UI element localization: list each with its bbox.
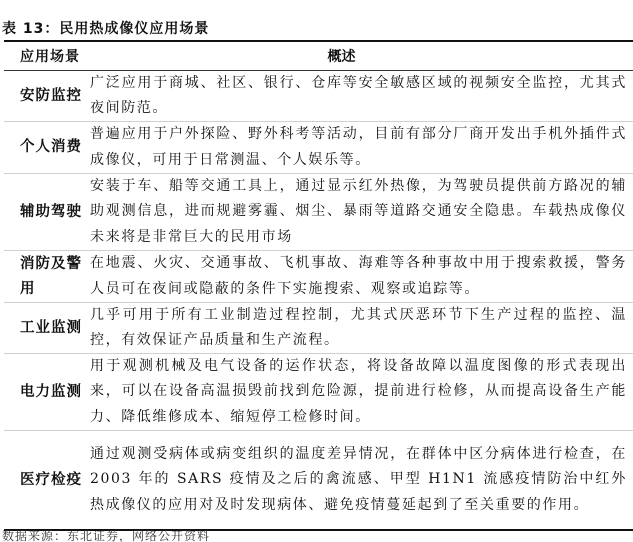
header-scene: 应用场景 (4, 46, 90, 66)
table-row: 安防监控 广泛应用于商城、社区、银行、仓库等安全敏感区域的视频安全监控，尤其式夜… (4, 71, 633, 122)
scene-cell: 个人消费 (4, 135, 90, 160)
description-cell: 普遍应用于户外探险、野外科考等活动，目前有部分厂商开发出手机外插件式成像仪，可用… (90, 122, 633, 173)
table-header: 应用场景 概述 (4, 42, 633, 71)
scene-cell: 医疗检疫 (4, 468, 90, 493)
source-note: 数据来源：东北证券，网络公开资料 (2, 527, 210, 542)
table-row: 个人消费 普遍应用于户外探险、野外科考等活动，目前有部分厂商开发出手机外插件式成… (4, 122, 633, 174)
table-row: 消防及警用 在地震、火灾、交通事故、飞机事故、海难等各种事故中用于搜索救援，警务… (4, 251, 633, 303)
header-description: 概述 (90, 46, 633, 66)
scene-cell: 电力监测 (4, 380, 90, 405)
table-row: 电力监测 用于观测机械及电气设备的运作状态，将设备故障以温度图像的形式表现出来，… (4, 354, 633, 431)
description-cell: 安装于车、船等交通工具上，通过显示红外热像，为驾驶员提供前方路况的辅助观测信息，… (90, 174, 633, 251)
description-cell: 用于观测机械及电气设备的运作状态，将设备故障以温度图像的形式表现出来，可以在设备… (90, 354, 633, 431)
scene-cell: 工业监测 (4, 316, 90, 341)
table-row: 医疗检疫 通过观测受病体或病变组织的温度差异情况，在群体中区分病体进行检查，在 … (4, 431, 633, 529)
description-cell: 在地震、火灾、交通事故、飞机事故、海难等各种事故中用于搜索救援，警务人员可在夜间… (90, 251, 633, 302)
description-cell: 通过观测受病体或病变组织的温度差异情况，在群体中区分病体进行检查，在 2003 … (90, 442, 633, 519)
table-caption: 表 13：民用热成像仪应用场景 (2, 18, 209, 38)
description-cell: 广泛应用于商城、社区、银行、仓库等安全敏感区域的视频安全监控，尤其式夜间防范。 (90, 71, 633, 122)
scene-cell: 辅助驾驶 (4, 200, 90, 225)
scene-cell: 安防监控 (4, 84, 90, 109)
table-row: 辅助驾驶 安装于车、船等交通工具上，通过显示红外热像，为驾驶员提供前方路况的辅助… (4, 174, 633, 251)
table-row: 工业监测 几乎可用于所有工业制造过程控制，尤其式厌恶环节下生产过程的监控、温控，… (4, 303, 633, 354)
description-cell: 几乎可用于所有工业制造过程控制，尤其式厌恶环节下生产过程的监控、温控，有效保证产… (90, 303, 633, 354)
scene-cell: 消防及警用 (4, 252, 90, 302)
scenario-table: 应用场景 概述 安防监控 广泛应用于商城、社区、银行、仓库等安全敏感区域的视频安… (4, 40, 633, 531)
